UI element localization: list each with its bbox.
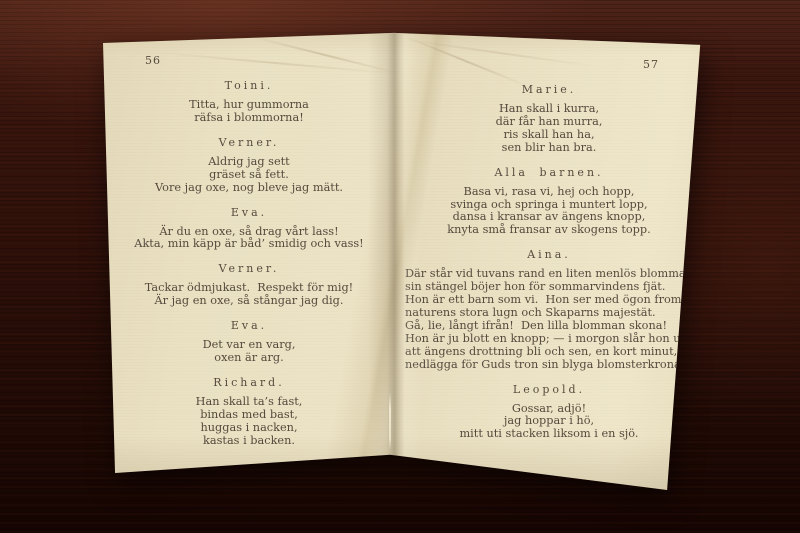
verse: Tackar ödmjukast. Respekt för mig!Är jag… — [112, 282, 386, 308]
verse-line: oxen är arg. — [112, 352, 386, 365]
right-page: 57 Marie. Han skall i kurra,där får han … — [401, 32, 697, 490]
verse: Gossar, adjö!jag hoppar i hö,mitt uti st… — [401, 403, 697, 442]
speaker-heading: Eva. — [112, 206, 386, 219]
verse-line: Basa vi, rasa vi, hej och hopp, — [401, 186, 697, 199]
poem-section: Alla barnen. Basa vi, rasa vi, hej och h… — [401, 166, 697, 238]
verse-line: Han skall ta’s fast, — [112, 396, 386, 409]
poem-section: Verner. Tackar ödmjukast. Respekt för mi… — [112, 262, 386, 308]
verse: Där står vid tuvans rand en liten menlös… — [401, 268, 697, 371]
verse-line: naturens stora lugn och Skaparns majestä… — [405, 307, 697, 320]
verse-line: ris skall han ha, — [401, 129, 697, 142]
verse-line: knyta små fransar av skogens topp. — [401, 224, 697, 237]
speaker-heading: Marie. — [401, 83, 697, 96]
book-shadow: 56 Toini. Titta, hur gummornaräfsa i blo… — [100, 32, 702, 490]
verse-line: gräset så fett. — [112, 169, 386, 182]
stitch-thread — [389, 392, 391, 450]
left-page: 56 Toini. Titta, hur gummornaräfsa i blo… — [112, 32, 386, 490]
verse-line: nedlägga för Guds tron sin blyga blomste… — [405, 359, 697, 372]
poem-section: Eva. Det var en varg,oxen är arg. — [112, 319, 386, 365]
speaker-heading: Richard. — [112, 376, 386, 389]
verse: Han skall i kurra,där får han murra,ris … — [401, 103, 697, 155]
page-number-left: 56 — [112, 54, 386, 68]
poem-section: Verner. Aldrig jag settgräset så fett.Vo… — [112, 136, 386, 195]
verse-line: Gå, lie, långt ifrån! Den lilla blomman … — [405, 320, 697, 333]
speaker-heading: Leopold. — [401, 383, 697, 396]
verse-line: där får han murra, — [401, 116, 697, 129]
open-book: 56 Toini. Titta, hur gummornaräfsa i blo… — [100, 32, 702, 490]
verse-line: kastas i backen. — [112, 435, 386, 448]
verse-line: Vore jag oxe, nog bleve jag mätt. — [112, 182, 386, 195]
left-page-sections: Toini. Titta, hur gummornaräfsa i blommo… — [112, 79, 386, 448]
verse-line: mitt uti stacken liksom i en sjö. — [401, 428, 697, 441]
verse: Han skall ta’s fast,bindas med bast,hugg… — [112, 396, 386, 448]
speaker-heading: Verner. — [112, 262, 386, 275]
speaker-heading: Verner. — [112, 136, 386, 149]
right-page-sections: Marie. Han skall i kurra,där får han mur… — [401, 83, 697, 441]
poem-section: Leopold. Gossar, adjö!jag hoppar i hö,mi… — [401, 383, 697, 442]
speaker-heading: Aina. — [401, 248, 697, 261]
verse-line: sen blir han bra. — [401, 142, 697, 155]
page-number-right: 57 — [401, 58, 697, 72]
verse-line: Aldrig jag sett — [112, 156, 386, 169]
verse: Är du en oxe, så drag vårt lass!Akta, mi… — [112, 226, 386, 252]
verse-line: Akta, min käpp är båd’ smidig och vass! — [112, 238, 386, 251]
verse: Titta, hur gummornaräfsa i blommorna! — [112, 99, 386, 125]
verse-line: Titta, hur gummorna — [112, 99, 386, 112]
speaker-heading: Toini. — [112, 79, 386, 92]
poem-section: Aina. Där står vid tuvans rand en liten … — [401, 248, 697, 371]
poem-section: Richard. Han skall ta’s fast,bindas med … — [112, 376, 386, 448]
verse-line: räfsa i blommorna! — [112, 112, 386, 125]
verse: Aldrig jag settgräset så fett.Vore jag o… — [112, 156, 386, 195]
verse-line: Är jag en oxe, så stångar jag dig. — [112, 295, 386, 308]
verse-line: bindas med bast, — [112, 409, 386, 422]
verse-line: Han skall i kurra, — [401, 103, 697, 116]
poem-section: Toini. Titta, hur gummornaräfsa i blommo… — [112, 79, 386, 125]
verse: Basa vi, rasa vi, hej och hopp,svinga oc… — [401, 186, 697, 238]
speaker-heading: Alla barnen. — [401, 166, 697, 179]
wood-table-background: 56 Toini. Titta, hur gummornaräfsa i blo… — [0, 0, 800, 533]
verse-line: att ängens drottning bli och sen, en kor… — [405, 346, 697, 359]
verse-line: huggas i nacken, — [112, 422, 386, 435]
poem-section: Marie. Han skall i kurra,där får han mur… — [401, 83, 697, 155]
speaker-heading: Eva. — [112, 319, 386, 332]
verse: Det var en varg,oxen är arg. — [112, 339, 386, 365]
poem-section: Eva. Är du en oxe, så drag vårt lass!Akt… — [112, 206, 386, 252]
verse-line: Hon är ju blott en knopp; — i morgon slå… — [405, 333, 697, 346]
